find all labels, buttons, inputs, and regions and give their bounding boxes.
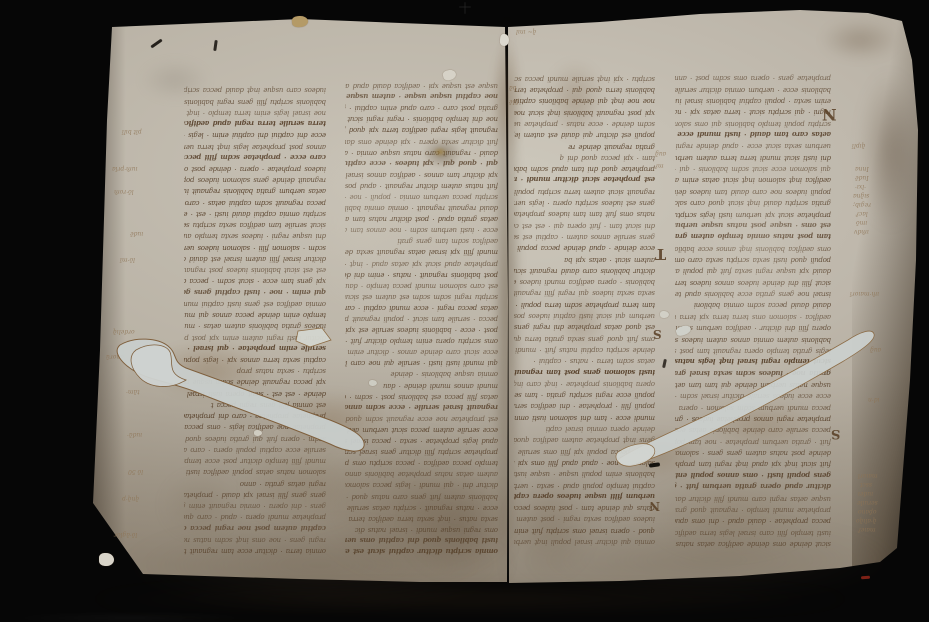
ink-mark [464, 2, 466, 14]
ink-mark [150, 39, 162, 49]
marks-layer [0, 0, 929, 622]
ink-mark [649, 462, 660, 467]
ink-mark [662, 359, 667, 368]
manuscript-photo: Opening (two-page spread) of a parchment… [0, 0, 929, 622]
ink-mark [213, 40, 218, 51]
ink-mark [861, 576, 870, 580]
ink-mark [459, 6, 471, 8]
